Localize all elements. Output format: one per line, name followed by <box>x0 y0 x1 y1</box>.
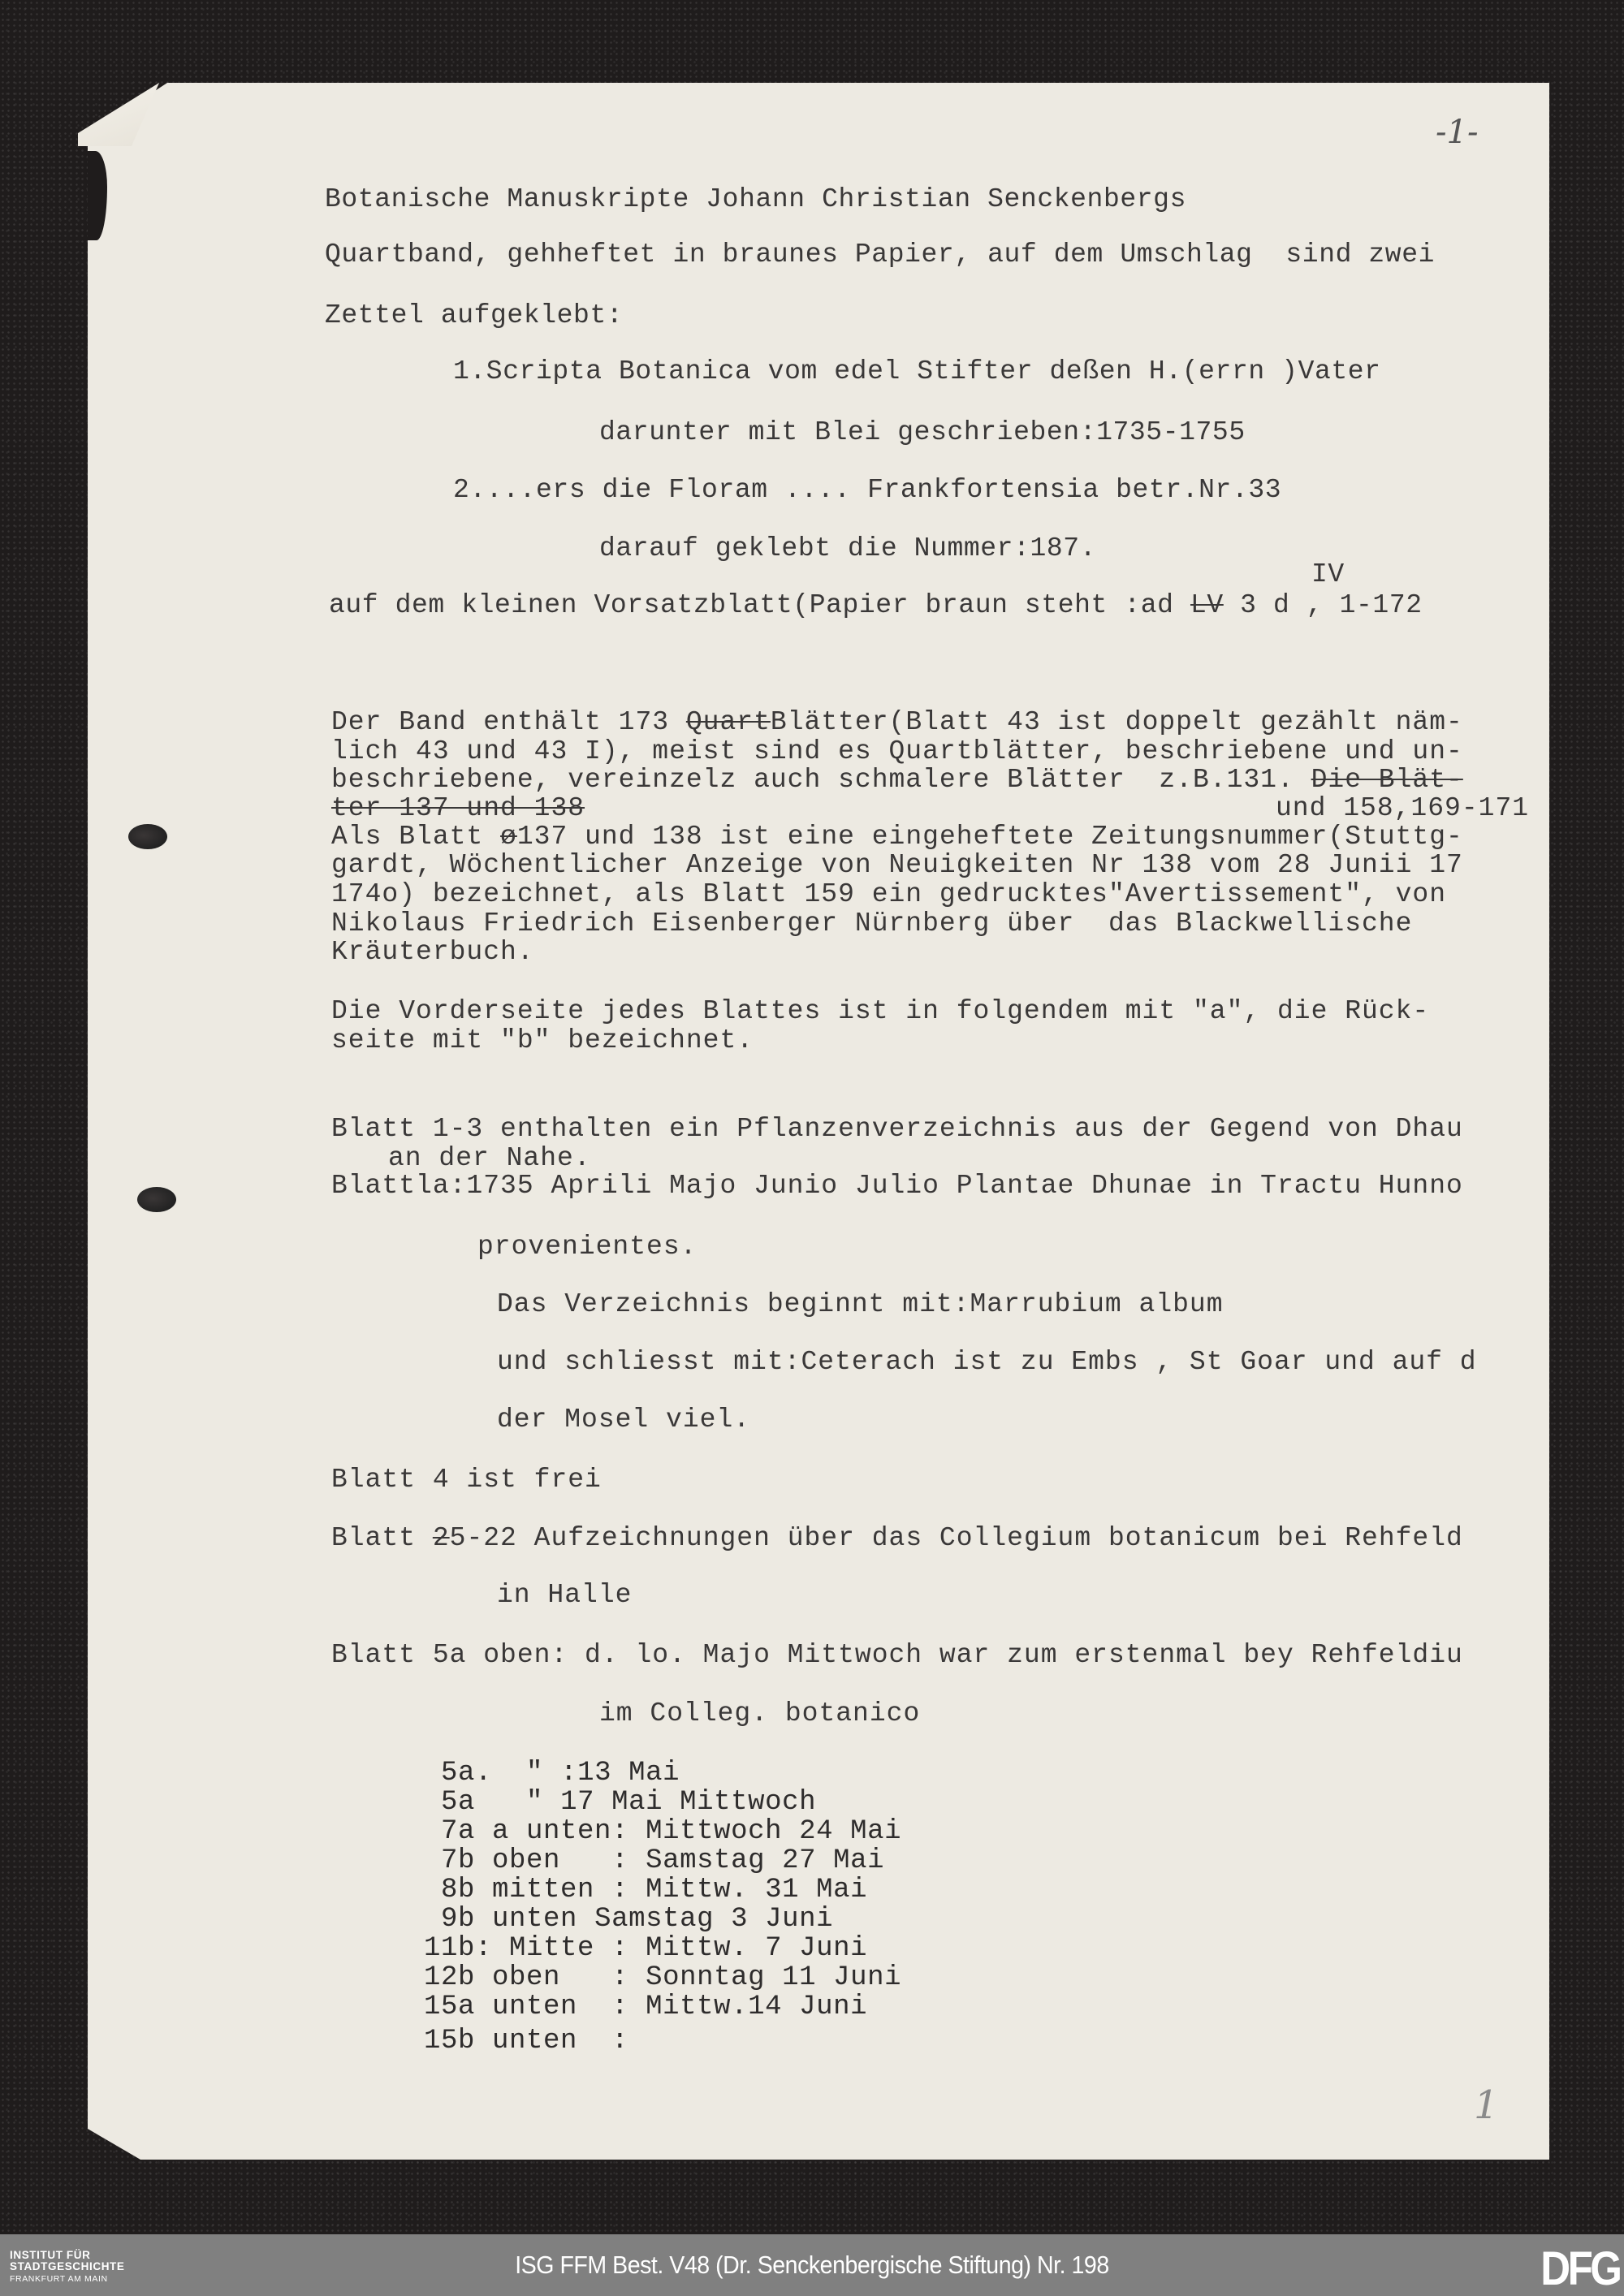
separator-cell: : <box>611 2026 628 2056</box>
archive-caption: ISG FFM Best. V48 (Dr. Senckenbergische … <box>65 2251 1559 2280</box>
blatt-4: Blatt 4 ist frei <box>331 1465 602 1495</box>
separator-cell: : <box>611 1816 628 1847</box>
date-cell: Mittw.14 Juni <box>646 1992 867 2022</box>
date-cell: Samstag 3 Juni <box>594 1904 833 1935</box>
leaf-cell: 8b <box>424 1875 475 1905</box>
position-cell: : Mitte <box>475 1933 611 1964</box>
separator-cell: : <box>611 1992 628 2022</box>
blatt-5-22-line-2: in Halle <box>497 1581 632 1610</box>
date-cell: Samstag 27 Mai <box>646 1845 884 1876</box>
position-cell: " <box>509 1758 543 1789</box>
date-cell: 13 Mai <box>577 1758 680 1789</box>
leaf-cell: 7b <box>424 1845 475 1876</box>
text: Blatt <box>331 1523 433 1553</box>
corner-number-handwritten: 1 <box>1474 2082 1499 2128</box>
table-row: 7b oben : Samstag 27 Mai <box>424 1846 884 1876</box>
date-cell: Mittw. 31 Mai <box>646 1875 867 1905</box>
date-cell: Mittw. 7 Juni <box>646 1933 867 1964</box>
leaf-cell: 15b <box>424 2026 475 2056</box>
blatt-1-3-line-1: Blatt 1-3 enthalten ein Pflanzenverzeich… <box>331 1115 1463 1144</box>
text: Als Blatt <box>331 822 500 852</box>
separator-cell: : <box>611 1962 628 1993</box>
table-row: 7a a unten: Mittwoch 24 Mai <box>424 1817 901 1847</box>
separator-cell: : <box>560 1758 577 1789</box>
band-line: Kräuterbuch. <box>331 938 534 967</box>
leaf-cell: 9b <box>424 1904 475 1935</box>
position-cell: unten <box>492 1992 611 2022</box>
band-line: lich 43 und 43 I), meist sind es Quartbl… <box>331 737 1463 766</box>
position-cell: unten <box>492 1904 577 1935</box>
separator-cell: : <box>611 1933 628 1964</box>
punch-hole-bottom <box>137 1187 176 1212</box>
date-cell: Sonntag 11 Juni <box>646 1962 901 1993</box>
leaf-cell: 5a <box>424 1787 475 1818</box>
text: 5-22 Aufzeichnungen über das Collegium b… <box>450 1523 1463 1553</box>
blatt-5a-line-2: im Colleg. botanico <box>599 1699 920 1728</box>
label-item-1: 1.Scripta Botanica vom edel Stifter deße… <box>453 357 1381 386</box>
vorsatz-suffix: 3 d , 1-172 <box>1224 590 1423 620</box>
punch-hole-top <box>128 824 167 849</box>
struck-text: 2 <box>433 1523 450 1553</box>
vorsatz-superscript: IV <box>1311 560 1345 589</box>
band-line-insertion: und 158,169-171 <box>1276 794 1529 823</box>
vorsatz-line: auf dem kleinen Vorsatzblatt(Papier brau… <box>329 591 1423 620</box>
band-line-struck: ter 137 und 138 <box>331 794 585 823</box>
verzeichnis-begin: Das Verzeichnis beginnt mit:Marrubium al… <box>497 1290 1224 1319</box>
text: Blätter(Blatt 43 ist doppelt gezählt näm… <box>771 707 1463 737</box>
position-cell: mitten <box>492 1875 611 1905</box>
separator-cell: : <box>611 1845 628 1876</box>
table-row: 5a " 17 Mai Mittwoch <box>424 1788 816 1818</box>
position-cell: a unten <box>492 1816 611 1847</box>
label-item-2-sub: darauf geklebt die Nummer:187. <box>599 534 1096 563</box>
table-row: 9b unten Samstag 3 Juni <box>424 1905 833 1935</box>
band-line: beschriebene, vereinzelz auch schmalere … <box>331 766 1463 795</box>
blatt-5a-line-1: Blatt 5a oben: d. lo. Majo Mittwoch war … <box>331 1641 1463 1670</box>
position-cell: oben <box>492 1845 611 1876</box>
document-title: Botanische Manuskripte Johann Christian … <box>325 185 1186 214</box>
verzeichnis-end-line-1: und schliesst mit:Ceterach ist zu Embs ,… <box>497 1348 1477 1377</box>
struck-text: Die Blät- <box>1311 765 1463 795</box>
date-cell: 17 Mai Mittwoch <box>560 1787 816 1818</box>
band-line: Als Blatt ø137 und 138 ist eine eingehef… <box>331 822 1463 852</box>
label-item-1-sub: darunter mit Blei geschrieben:1735-1755 <box>599 418 1246 447</box>
leaf-cell: 11b <box>424 1933 475 1964</box>
struck-text: Quart <box>686 707 771 737</box>
verzeichnis-end-line-2: der Mosel viel. <box>497 1405 750 1435</box>
leaf-cell: 7a <box>424 1816 475 1847</box>
label-item-2: 2....ers die Floram .... Frankfortensia … <box>453 476 1281 505</box>
vorsatz-struck: LV <box>1190 590 1224 620</box>
text: 137 und 138 ist eine eingeheftete Zeitun… <box>517 822 1463 852</box>
table-row: 11b: Mitte : Mittw. 7 Juni <box>424 1934 867 1964</box>
header-line-2: Quartband, gehheftet in braunes Papier, … <box>325 240 1435 270</box>
leaf-cell: 5a. <box>424 1758 492 1789</box>
blatt-5-22-line-1: Blatt 25-22 Aufzeichnungen über das Coll… <box>331 1524 1463 1553</box>
table-row: 5a. " :13 Mai <box>424 1759 680 1789</box>
table-row: 15b unten : <box>424 2026 628 2056</box>
convention-line-2: seite mit "b" bezeichnet. <box>331 1026 754 1055</box>
blatt-1-3-line-2: an der Nahe. <box>388 1144 591 1173</box>
band-line: Nikolaus Friedrich Eisenberger Nürnberg … <box>331 909 1412 939</box>
band-line: Der Band enthält 173 QuartBlätter(Blatt … <box>331 708 1463 737</box>
header-line-3: Zettel aufgeklebt: <box>325 301 623 330</box>
table-row: 12b oben : Sonntag 11 Juni <box>424 1963 901 1993</box>
position-cell: unten <box>492 2026 611 2056</box>
page-number-handwritten: -1- <box>1436 114 1478 151</box>
leaf-cell: 15a <box>424 1992 475 2022</box>
position-cell: oben <box>492 1962 611 1993</box>
date-cell: Mittwoch 24 Mai <box>646 1816 901 1847</box>
blatt-1a-line-1: Blattla:1735 Aprili Majo Junio Julio Pla… <box>331 1172 1463 1201</box>
band-line: gardt, Wöchentlicher Anzeige von Neuigke… <box>331 851 1463 880</box>
band-line: 174o) bezeichnet, als Blatt 159 ein gedr… <box>331 880 1446 909</box>
leaf-cell: 12b <box>424 1962 475 1993</box>
convention-line-1: Die Vorderseite jedes Blattes ist in fol… <box>331 997 1429 1026</box>
text: Der Band enthält 173 <box>331 707 686 737</box>
archive-footer: INSTITUT FÜR STADTGESCHICHTE FRANKFURT A… <box>0 2234 1624 2296</box>
dfg-logo: DFG <box>1540 2246 1619 2293</box>
table-row: 8b mitten : Mittw. 31 Mai <box>424 1875 867 1905</box>
table-row: 15a unten : Mittw.14 Juni <box>424 1992 867 2022</box>
separator-cell: : <box>611 1875 628 1905</box>
vorsatz-prefix: auf dem kleinen Vorsatzblatt(Papier brau… <box>329 590 1190 620</box>
blatt-1a-line-2: provenientes. <box>477 1232 697 1262</box>
position-cell: " <box>492 1787 543 1818</box>
text: beschriebene, vereinzelz auch schmalere … <box>331 765 1311 795</box>
struck-text: ø <box>500 822 517 852</box>
